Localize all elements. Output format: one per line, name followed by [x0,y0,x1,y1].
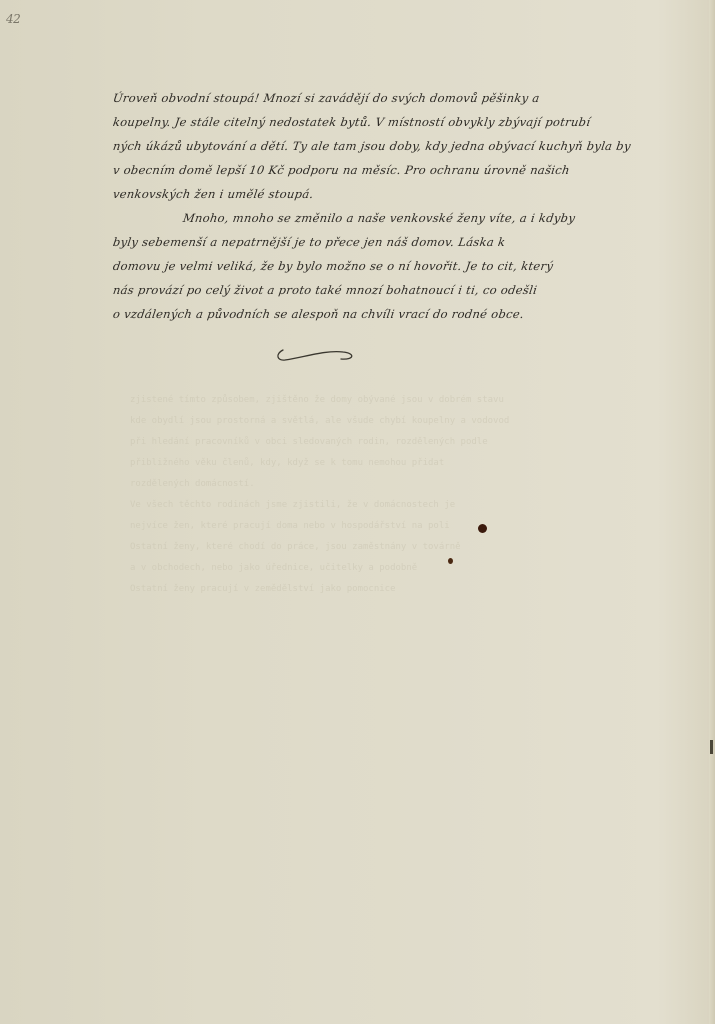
handwritten-line: byly sebemenší a nepatrnější je to přece… [111,230,674,254]
bleedthrough-line: Ostatní ženy pracují v zemědělství jako … [130,579,690,600]
handwritten-paragraph-start: Mnoho, mnoho se změnilo a naše venkovské… [111,206,674,230]
handwritten-line: o vzdálených a původních se alespoň na c… [111,302,674,326]
page-edge-mark [710,740,713,754]
bleedthrough-line: a v obchodech, nebo jako úřednice, učite… [130,558,690,579]
scanned-document-page: 42 zjistené tímto způsobem, zjištěno že … [0,0,715,1024]
bleedthrough-line: Ostatní ženy, které chodí do práce, jsou… [130,537,690,558]
handwritten-line: ných úkázů ubytování a dětí. Ty ale tam … [111,134,674,158]
bleedthrough-line: při hledání pracovníků v obci sledovanýc… [130,432,690,453]
bleedthrough-line: rozdělených domácností. [130,474,690,495]
bleedthrough-line: nejvíce žen, které pracují doma nebo v h… [130,516,690,537]
handwritten-line: koupelny. Je stále citelný nedostatek by… [111,110,674,134]
ink-stain [478,524,487,533]
closing-flourish-icon [275,344,360,366]
bleedthrough-line: přibližného věku členů, kdy, když se k t… [130,453,690,474]
handwritten-line: venkovských žen i umělé stoupá. [111,182,674,206]
handwritten-line: domovu je velmi veliká, že by bylo možno… [111,254,674,278]
handwritten-text-block: Úroveň obvodní stoupá! Mnozí si zavádějí… [113,86,673,326]
page-number: 42 [6,12,20,26]
handwritten-line: nás provází po celý život a proto také m… [111,278,674,302]
page-edge [709,0,715,1024]
handwritten-line: v obecním domě lepší 10 Kč podporu na mě… [111,158,674,182]
bleedthrough-line: Ve všech těchto rodinách jsme zjistili, … [130,495,690,516]
ink-stain [448,558,453,564]
bleedthrough-line: kde obydlí jsou prostorná a světlá, ale … [130,411,690,432]
bleedthrough-text: zjistené tímto způsobem, zjištěno že dom… [130,390,690,600]
bleedthrough-line: zjistené tímto způsobem, zjištěno že dom… [130,390,690,411]
handwritten-line: Úroveň obvodní stoupá! Mnozí si zavádějí… [111,86,674,110]
